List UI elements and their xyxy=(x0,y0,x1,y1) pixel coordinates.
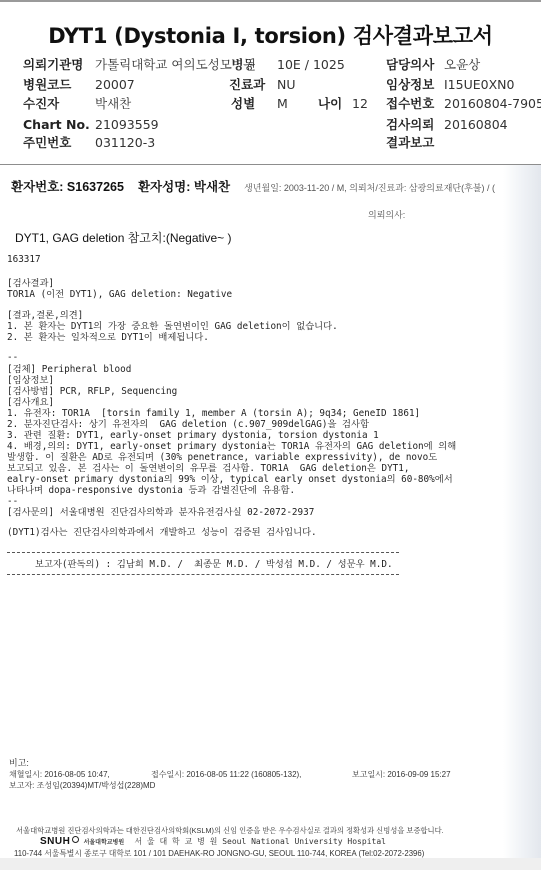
resident-no-value: 031120-3 xyxy=(95,135,155,151)
hospital-code-value: 20007 xyxy=(95,77,135,93)
logo-subtext: 서울대학교병원 xyxy=(84,840,125,846)
clinical-info-section: [임상정보] xyxy=(7,375,54,386)
age-label: 나이 xyxy=(318,96,342,112)
department-value: NU xyxy=(277,77,296,93)
receipt-no-value: 20160804-79054 xyxy=(444,96,541,112)
summary-molecular-test: 2. 분자진단검사: 상기 유전자의 GAG deletion (c.907_9… xyxy=(7,419,369,430)
ward-value: 10E / 1025 xyxy=(277,57,345,73)
result-report-label: 결과보고 xyxy=(386,135,434,151)
report-title: DYT1 (Dystonia I, torsion) 검사결과보고서 xyxy=(0,20,541,50)
chart-no-label: Chart No. xyxy=(23,117,90,133)
snuh-logo: SNUH xyxy=(40,836,70,847)
patient-number: 환자번호: S1637265 xyxy=(11,180,124,194)
summary-header: [검사개요] xyxy=(7,397,54,408)
result-header: [검사결과] xyxy=(7,278,54,289)
patient-value: 박새찬 xyxy=(95,96,131,112)
patient-label: 수진자 xyxy=(23,96,59,112)
remarks-label: 비고: xyxy=(9,756,29,769)
summary-background-3: 보고되고 있음. 본 검사는 이 돌연변이의 유무를 검사함. TOR1A GA… xyxy=(7,463,409,474)
summary-background-5: 나타나며 dopa-responsive dystonia 등과 감별진단에 유… xyxy=(7,485,295,496)
hospital-name: 서 울 대 학 교 병 원 Seoul National University … xyxy=(134,837,386,846)
separator-2: -- xyxy=(7,496,18,507)
test-request-label: 검사의뢰 xyxy=(386,117,434,133)
sex-value: M xyxy=(277,96,288,112)
test-method: [검사방법] PCR, RFLP, Sequencing xyxy=(7,386,177,397)
receipt-time: 접수일시: 2016-08-05 11:22 (160805-132), xyxy=(151,769,301,780)
doctor-value: 오윤상 xyxy=(444,57,480,73)
resident-no-label: 주민번호 xyxy=(23,135,71,151)
institution-label: 의뢰기관명 xyxy=(23,57,83,73)
referring-doctor: 의뢰의사: xyxy=(368,208,405,221)
dashed-rule-top xyxy=(7,552,399,553)
chart-no-value: 21093559 xyxy=(95,117,159,133)
test-request-value: 20160804 xyxy=(444,117,508,133)
specimen-id: 163317 xyxy=(7,254,41,265)
top-border xyxy=(0,0,541,2)
department-label: 진료과 xyxy=(229,77,265,93)
clinical-info-value: I15UE0XN0 xyxy=(444,77,514,93)
receipt-no-label: 접수번호 xyxy=(386,96,434,112)
reference-value: DYT1, GAG deletion 참고치:(Negative~ ) xyxy=(15,229,232,246)
reporters: 보고자(판독의) : 김남희 M.D. / 최종문 M.D. / 박성섭 M.D… xyxy=(7,559,393,570)
collection-time: 채혈일시: 2016-08-05 10:47, xyxy=(9,769,110,780)
age-value: 12 xyxy=(352,96,368,112)
conclusion-1: 1. 본 환자는 DYT1의 가장 중요한 돌연변이인 GAG deletion… xyxy=(7,321,338,332)
sex-label: 성별 xyxy=(231,96,255,112)
snuh-emblem-icon xyxy=(72,836,79,843)
reporter-info: 보고자: 조성임(20394)MT/박성섭(228)MD xyxy=(9,780,155,791)
dashed-rule-bottom xyxy=(7,574,399,575)
patient-name: 환자성명: 박새찬 xyxy=(138,180,230,194)
summary-gene: 1. 유전자: TOR1A [torsin family 1, member A… xyxy=(7,408,420,419)
bottom-band xyxy=(0,858,541,870)
specimen: [검체] Peripheral blood xyxy=(7,364,131,375)
doctor-label: 담당의사 xyxy=(386,57,434,73)
test-validation-note: (DYT1)검사는 진단검사의학과에서 개발하고 성능이 검증된 검사입니다. xyxy=(7,527,317,538)
conclusion-2: 2. 본 환자는 일차적으로 DYT1이 배제됩니다. xyxy=(7,332,209,343)
birth-referral-info: 생년월일: 2003-11-20 / M, 의뢰처/진료과: 삼광의료재단(후불… xyxy=(244,183,495,193)
summary-related-disease: 3. 관련 질환: DYT1, early-onset primary dyst… xyxy=(7,430,379,441)
accreditation-note: 서울대학교병원 진단검사의학과는 대한진단검사의학회(KSLM)의 신임 인증을… xyxy=(16,826,444,836)
summary-background-2: 발생함. 이 질환은 AD로 유전되며 (30% penetrance, var… xyxy=(7,452,437,463)
result-text: TOR1A (이전 DYT1), GAG deletion: Negative xyxy=(7,289,232,300)
summary-background-1: 4. 배경,의의: DYT1, early-onset primary dyst… xyxy=(7,441,456,452)
hospital-code-label: 병원코드 xyxy=(23,77,71,93)
conclusion-header: [결과,결론,의견] xyxy=(7,310,83,321)
ward-label: 병동 xyxy=(231,57,255,73)
test-inquiry: [검사문의] 서울대병원 진단검사의학과 분자유전검사실 02-2072-293… xyxy=(7,507,314,518)
hospital-logo-line: SNUH 서울대학교병원 서 울 대 학 교 병 원 Seoul Nationa… xyxy=(40,836,386,847)
patient-line: 환자번호: S1637265환자성명: 박새찬생년월일: 2003-11-20 … xyxy=(11,177,495,196)
clinical-info-label: 임상정보 xyxy=(386,77,434,93)
separator-1: -- xyxy=(7,352,18,363)
summary-background-4: ealry-onset primary dystonia의 99% 이상, ty… xyxy=(7,474,453,485)
report-time: 보고일시: 2016-09-09 15:27 xyxy=(352,769,451,780)
